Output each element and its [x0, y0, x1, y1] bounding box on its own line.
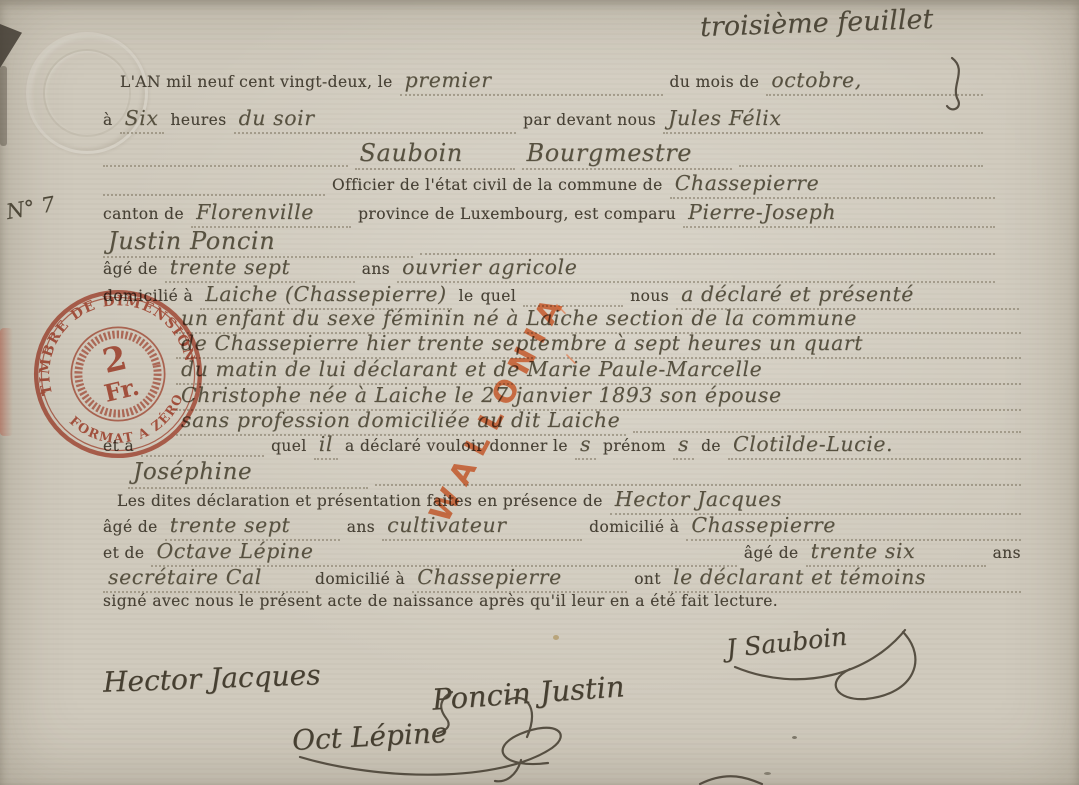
printed-text: âgé de [103, 518, 158, 537]
sauboin-loop-flourish [836, 632, 916, 699]
printed-text: et de [103, 544, 144, 563]
printed-text: province de Luxembourg, est comparu [358, 205, 676, 224]
document-line: et aquelila déclaré vouloir donner lespr… [103, 432, 1021, 460]
handwritten-text: Chassepierre [412, 565, 627, 593]
dotted-filler [103, 153, 348, 167]
printed-text: quel [481, 287, 517, 306]
bottom-partial-stroke [700, 776, 762, 784]
dotted-filler [420, 241, 995, 255]
printed-text: Officier de l'état civil de la commune d… [332, 176, 663, 195]
handwritten-text: cultivateur [382, 513, 582, 541]
printed-text: le [459, 287, 474, 306]
handwritten-text: trente sept [165, 255, 355, 283]
printed-text: nous [630, 287, 669, 306]
handwritten-text: Joséphine [128, 458, 368, 489]
handwritten-text: s [575, 432, 596, 460]
document-line: L'AN mil neuf cent vingt-deux, lepremier… [120, 68, 983, 96]
scan-corner-tear [0, 24, 22, 68]
document-line: secrétaire Caldomicilié àChassepierreont… [103, 565, 1021, 593]
printed-text: à [103, 111, 113, 130]
handwritten-text: Clotilde-Lucie. [728, 432, 1021, 460]
dotted-filler [739, 153, 984, 167]
handwritten-text: Florenville [191, 200, 351, 228]
handwritten-text: Octave Lépine [151, 539, 736, 567]
scan-edge-shadow [0, 66, 7, 146]
printed-text: de [701, 437, 721, 456]
handwritten-text: secrétaire Cal [103, 565, 308, 593]
handwritten-text: s [673, 432, 694, 460]
handwritten-text: premier [400, 68, 663, 96]
handwritten-text: Chassepierre [686, 513, 1021, 541]
handwritten-text: Six [120, 106, 164, 134]
paper-stain [553, 635, 559, 640]
handwritten-text: un enfant du sexe féminin né à Laiche se… [176, 306, 1021, 334]
printed-text: domicilié à [315, 570, 405, 589]
document-line: canton deFlorenvilleprovince de Luxembou… [103, 200, 995, 228]
document-line: SauboinBourgmestre [103, 138, 983, 170]
handwritten-text: Sauboin [355, 138, 515, 170]
handwritten-text: trente six [806, 539, 986, 567]
document-line: un enfant du sexe féminin né à Laiche se… [176, 306, 1021, 334]
printed-text: ans [362, 260, 390, 279]
stamp-ink-bleed [0, 328, 13, 436]
document-line: du matin de lui déclarant et de Marie Pa… [176, 357, 1021, 385]
handwritten-text: Jules Félix [663, 106, 983, 134]
document-line: Les dites déclaration et présentation fa… [117, 487, 1021, 515]
printed-text: L'AN mil neuf cent vingt-deux, le [120, 73, 393, 92]
scanned-birth-certificate: troisième feuillet N° 7 L'AN mil neuf ce… [0, 0, 1079, 785]
handwritten-text: ouvrier agricole [397, 255, 995, 283]
document-line: de Chassepierre hier trente septembre à … [176, 331, 1021, 359]
handwritten-text: trente sept [165, 513, 340, 541]
handwritten-text: Christophe née à Laiche le 27 janvier 18… [176, 383, 1021, 411]
printed-text: heures [171, 111, 227, 130]
ink-speck [792, 736, 797, 739]
printed-text: ont [634, 570, 661, 589]
document-line: Christophe née à Laiche le 27 janvier 18… [176, 383, 1021, 411]
handwritten-text: de Chassepierre hier trente septembre à … [176, 331, 1021, 359]
document-line: âgé detrente septansouvrier agricole [103, 255, 995, 283]
dotted-filler [103, 182, 325, 196]
dotted-filler [633, 419, 1021, 433]
signature: Hector Jacques [102, 658, 321, 699]
printed-text: ans [347, 518, 375, 537]
signature: Oct Lépine [291, 716, 448, 757]
signature: Poncin Justin [431, 669, 626, 716]
printed-text: signé avec nous le présent acte de naiss… [103, 592, 778, 611]
handwritten-text: il [314, 432, 338, 460]
handwritten-text: Pierre-Joseph [683, 200, 995, 228]
printed-text: quel [271, 437, 307, 456]
printed-text: domicilié à [589, 518, 679, 537]
page-annotation: troisième feuillet [700, 4, 934, 43]
handwritten-text: Chassepierre [670, 171, 995, 199]
printed-text: Les dites déclaration et présentation fa… [117, 492, 603, 511]
handwritten-text: du soir [234, 106, 517, 134]
printed-text: canton de [103, 205, 184, 224]
document-line: âgé detrente septanscultivateurdomicilié… [103, 513, 1021, 541]
printed-text: ans [993, 544, 1021, 563]
handwritten-text: octobre, [766, 68, 983, 96]
document-line: àSixheuresdu soirpar devant nousJules Fé… [103, 106, 983, 134]
lepine-downstroke [495, 760, 521, 781]
document-line: Officier de l'état civil de la commune d… [103, 171, 995, 199]
document-line: signé avec nous le présent acte de naiss… [103, 592, 1021, 611]
handwritten-text: du matin de lui déclarant et de Marie Pa… [176, 357, 1021, 385]
printed-text: âgé de [744, 544, 799, 563]
ink-speck [764, 772, 771, 775]
signature: J Sauboin [725, 622, 849, 664]
handwritten-text: Hector Jacques [610, 487, 1021, 515]
act-number: N° 7 [4, 192, 56, 224]
document-line: Justin Poncin [103, 226, 995, 258]
document-line: et deOctave Lépineâgé detrente sixans [103, 539, 1021, 567]
handwritten-text: Justin Poncin [103, 226, 413, 258]
printed-text: du mois de [670, 73, 760, 92]
document-line: Joséphine [128, 458, 1021, 489]
printed-text: par devant nous [523, 111, 656, 130]
handwritten-text: le déclarant et témoins [668, 565, 1021, 593]
printed-text: prénom [603, 437, 666, 456]
handwritten-text: Bourgmestre [522, 138, 732, 170]
